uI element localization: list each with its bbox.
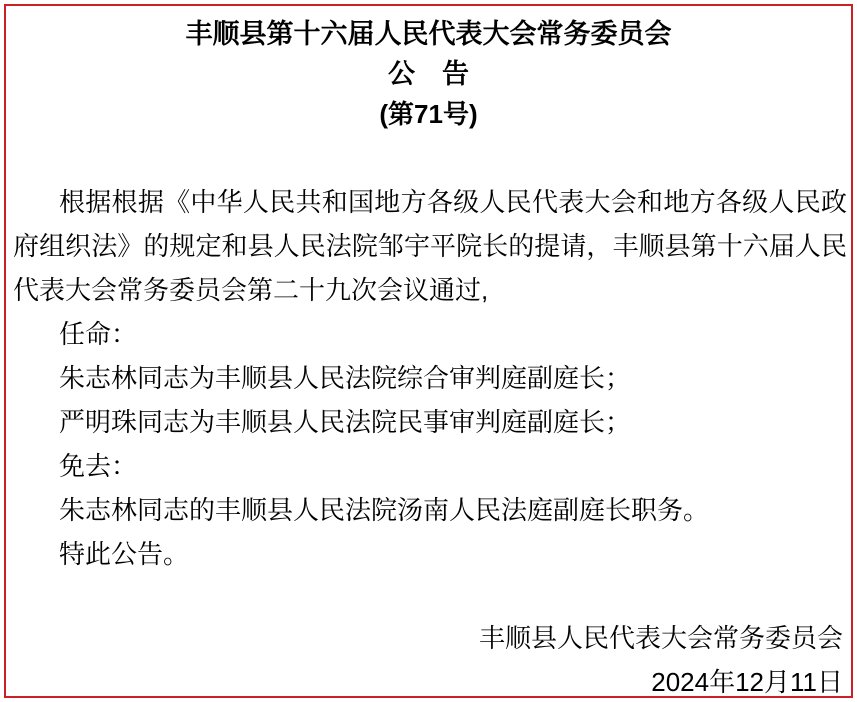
paragraph-remove-heading: 免去： (13, 444, 847, 488)
paragraph-closing: 特此公告。 (13, 532, 847, 576)
doc-footer: 丰顺县人民代表大会常务委员会 2024年12月11日 (6, 616, 851, 698)
doc-body: 根据根据《中华人民共和国地方各级人民代表大会和地方各级人民政府组织法》的规定和县… (13, 180, 847, 576)
paragraph-appointment-2: 严明珠同志为丰顺县人民法院民事审判庭副庭长； (13, 400, 847, 444)
paragraph-appointment-1: 朱志林同志为丰顺县人民法院综合审判庭副庭长； (13, 356, 847, 400)
doc-number: (第71号) (6, 94, 851, 134)
announcement-page: 丰顺县第十六届人民代表大会常务委员会 公 告 (第71号) 根据根据《中华人民共… (0, 0, 857, 702)
paragraph-removal-1: 朱志林同志的丰顺县人民法院汤南人民法庭副庭长职务。 (13, 488, 847, 532)
paragraph-basis: 根据根据《中华人民共和国地方各级人民代表大会和地方各级人民政府组织法》的规定和县… (13, 180, 847, 312)
date: 2024年12月11日 (6, 660, 843, 698)
page-title: 丰顺县第十六届人民代表大会常务委员会 (6, 14, 851, 54)
doc-subtitle: 公 告 (6, 54, 851, 94)
doc-header: 丰顺县第十六届人民代表大会常务委员会 公 告 (第71号) (6, 14, 851, 134)
signature: 丰顺县人民代表大会常务委员会 (6, 616, 843, 660)
paragraph-appoint-heading: 任命： (13, 312, 847, 356)
doc-frame: 丰顺县第十六届人民代表大会常务委员会 公 告 (第71号) 根据根据《中华人民共… (4, 4, 853, 698)
